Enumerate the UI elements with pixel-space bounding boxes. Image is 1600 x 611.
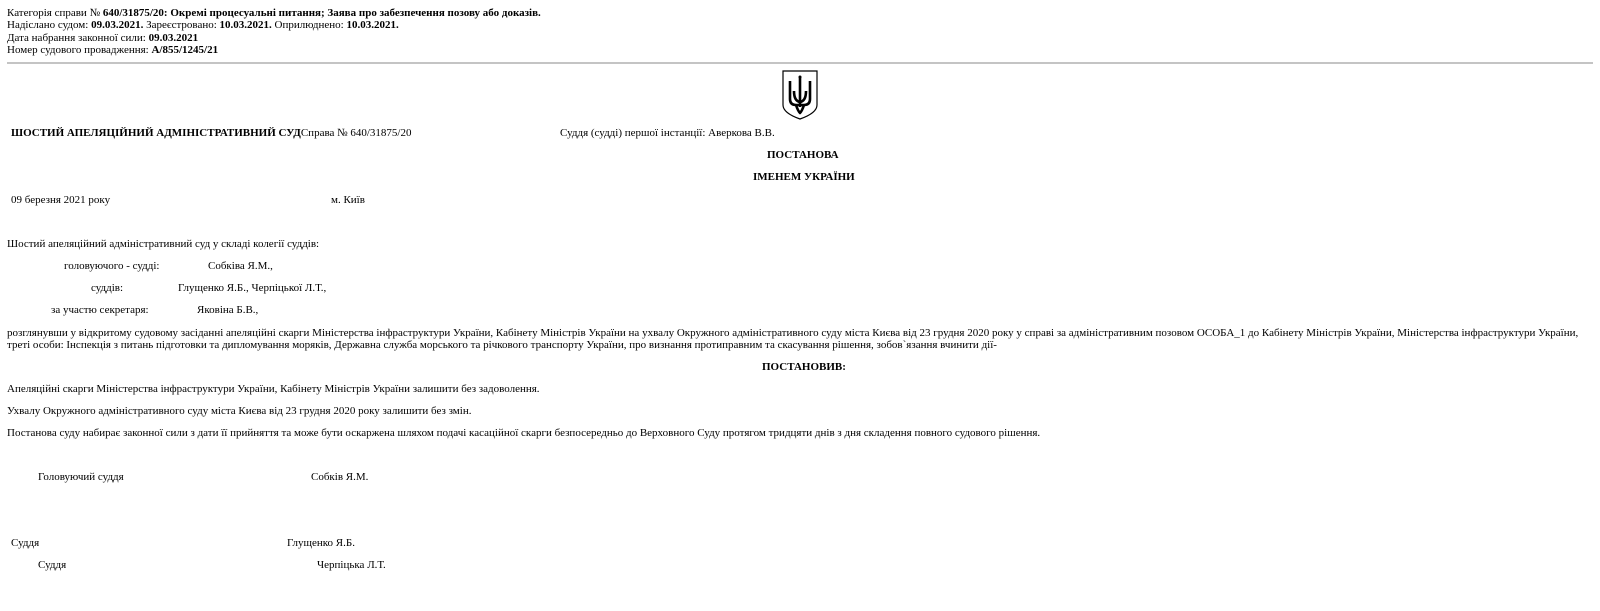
separator-line: [7, 62, 1593, 64]
first-instance-judge: Суддя (судді) першої інстанції: Аверкова…: [560, 127, 775, 139]
category-line: Категорія справи № 640/31875/20: Окремі …: [7, 7, 541, 19]
ruling-2: Ухвалу Окружного адміністративного суду …: [7, 405, 471, 417]
signature-name-judge-2: Черпіцька Л.Т.: [317, 559, 386, 571]
sent-date: 09.03.2021.: [91, 19, 143, 31]
proceeding-number: А/855/1245/21: [151, 44, 218, 56]
judges-label: суддів:: [91, 282, 123, 294]
case-metadata: Категорія справи № 640/31875/20: Окремі …: [7, 7, 541, 56]
ruling-1: Апеляційні скарги Міністерства інфрастру…: [7, 383, 540, 395]
decision-city: м. Київ: [331, 194, 365, 206]
in-the-name-of-ukraine: ІМЕНЕМ УКРАЇНИ: [753, 171, 855, 183]
considered-paragraph: розглянувши у відкритому судовому засіда…: [7, 327, 1597, 351]
published-date: 10.03.2021.: [346, 19, 398, 31]
signature-role-judge-1: Суддя: [11, 537, 39, 549]
ruling-3: Постанова суду набирає законної сили з д…: [7, 427, 1040, 439]
case-number: Справа № 640/31875/20: [301, 127, 412, 139]
document-type: ПОСТАНОВА: [767, 149, 839, 161]
panel-intro: Шостий апеляційний адміністративний суд …: [7, 238, 319, 250]
proceeding-line: Номер судового провадження: А/855/1245/2…: [7, 44, 541, 56]
court-name: ШОСТИЙ АПЕЛЯЦІЙНИЙ АДМІНІСТРАТИВНИЙ СУДС…: [11, 127, 412, 139]
category-value: 640/31875/20: Окремі процесуальні питанн…: [103, 7, 541, 19]
resolved-heading: ПОСТАНОВИВ:: [762, 361, 846, 373]
secretary-label: за участю секретаря:: [51, 304, 149, 316]
judges-names: Глущенко Я.Б., Черпіцької Л.Т.,: [178, 282, 326, 294]
force-date-line: Дата набрання законної сили: 09.03.2021: [7, 32, 541, 44]
signature-name-presiding: Собків Я.М.: [311, 471, 368, 483]
dates-line: Надіслано судом: 09.03.2021. Зареєстрова…: [7, 19, 541, 31]
signature-name-judge-1: Глущенко Я.Б.: [287, 537, 355, 549]
force-date: 09.03.2021: [149, 32, 199, 44]
decision-date: 09 березня 2021 року: [11, 194, 110, 206]
presiding-name: Собківа Я.М.,: [208, 260, 273, 272]
signature-role-judge-2: Суддя: [38, 559, 66, 571]
signature-role-presiding: Головуючий суддя: [38, 471, 124, 483]
ukraine-trident-emblem-icon: [781, 69, 819, 121]
registered-date: 10.03.2021.: [220, 19, 272, 31]
presiding-label: головуючого - судді:: [64, 260, 159, 272]
secretary-name: Яковіна Б.В.,: [197, 304, 258, 316]
